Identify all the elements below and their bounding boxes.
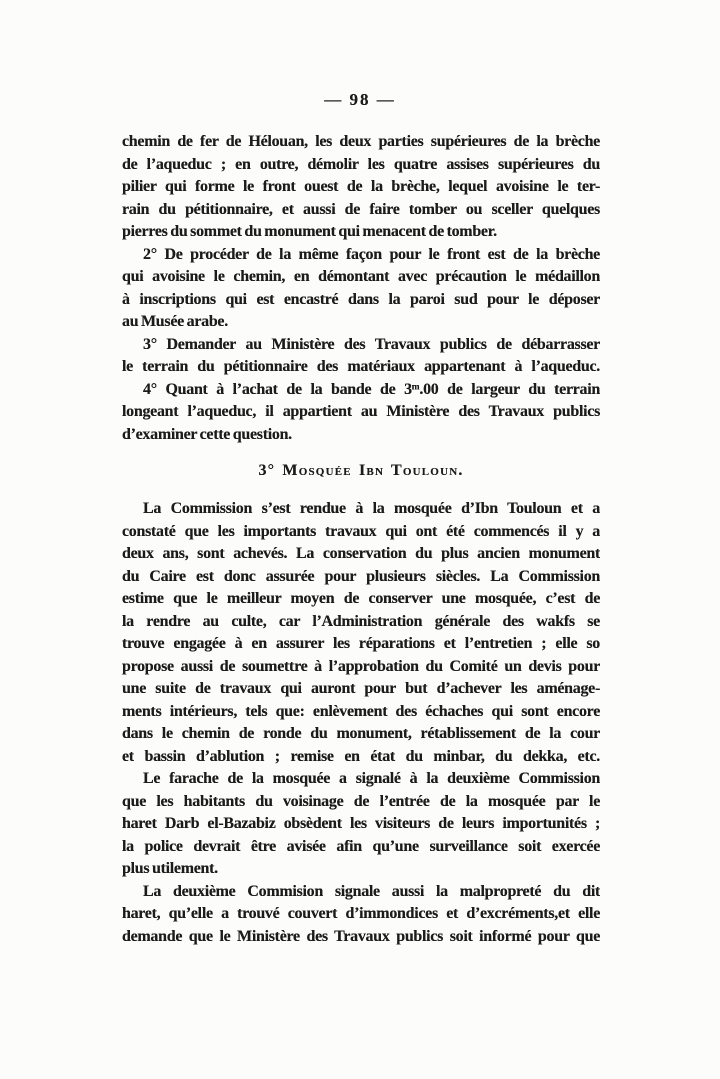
scanned-document-page: — 98 — chemin de fer de Hélouan, les deu…	[0, 0, 720, 1079]
text-line: propose aussi de soumettre à l’approbati…	[122, 656, 600, 679]
text-line: la police devrait être avisée afin qu’un…	[122, 836, 600, 859]
text-line: qui avoisine le chemin, en démontant ave…	[122, 266, 600, 289]
paragraph: 3° Demander au Ministère des Travaux pub…	[122, 334, 600, 379]
text-line: une suite de travaux qui auront pour but…	[122, 678, 600, 701]
paragraph: La Commission s’est rendue à la mosquée …	[122, 498, 600, 768]
text-line: rain du pétitionnaire, et aussi de faire…	[122, 199, 600, 222]
text-line: ments intérieurs, tels que: enlèvement d…	[122, 701, 600, 724]
section-heading: 3° Mosquée Ibn Touloun.	[122, 460, 600, 482]
text-line: à inscriptions qui est encastré dans la …	[122, 289, 600, 312]
text-line: que les habitants du voisinage de l’entr…	[122, 791, 600, 814]
paragraph: Le farache de la mosquée a signalé à la …	[122, 768, 600, 881]
page-body-text: chemin de fer de Hélouan, les deux parti…	[122, 131, 600, 948]
text-line: la rendre au culte, car l’Administration…	[122, 611, 600, 634]
text-line: de l’aqueduc ; en outre, démolir les qua…	[122, 154, 600, 177]
page-number: — 98 —	[0, 90, 720, 110]
text-line: dans le chemin de ronde du monument, rét…	[122, 723, 600, 746]
text-line: haret, qu’elle a trouvé couvert d’immond…	[122, 903, 600, 926]
text-line: estime que le meilleur moyen de conserve…	[122, 588, 600, 611]
text-line: haret Darb el-Bazabiz obsèdent les visit…	[122, 813, 600, 836]
paragraph: La deuxième Commision signale aussi la m…	[122, 881, 600, 949]
text-line: demande que le Ministère des Travaux pub…	[122, 926, 600, 949]
text-line: constaté que les importants travaux qui …	[122, 521, 600, 544]
text-line: 4° Quant à l’achat de la bande de 3ᵐ.00 …	[122, 379, 600, 402]
text-line: au Musée arabe.	[122, 311, 600, 334]
paragraph: chemin de fer de Hélouan, les deux parti…	[122, 131, 600, 244]
text-line: plus utilement.	[122, 858, 600, 881]
text-line: La Commission s’est rendue à la mosquée …	[122, 498, 600, 521]
text-line: le terrain du pétitionnaire des matériau…	[122, 356, 600, 379]
text-line: 3° Demander au Ministère des Travaux pub…	[122, 334, 600, 357]
paragraph: 2° De procéder de la même façon pour le …	[122, 244, 600, 334]
text-line: Le farache de la mosquée a signalé à la …	[122, 768, 600, 791]
text-line: trouve engagée à en assurer les réparati…	[122, 633, 600, 656]
text-line: du Caire est donc assurée pour plusieurs…	[122, 566, 600, 589]
text-line: chemin de fer de Hélouan, les deux parti…	[122, 131, 600, 154]
text-line: et bassin d’ablution ; remise en état du…	[122, 746, 600, 769]
text-line: longeant l’aqueduc, il appartient au Min…	[122, 401, 600, 424]
text-line: pierres du sommet du monument qui menace…	[122, 221, 600, 244]
text-line: 2° De procéder de la même façon pour le …	[122, 244, 600, 267]
text-line: pilier qui forme le front ouest de la br…	[122, 176, 600, 199]
text-line: d’examiner cette question.	[122, 424, 600, 447]
paragraph: 4° Quant à l’achat de la bande de 3ᵐ.00 …	[122, 379, 600, 447]
text-line: deux ans, sont achevés. La conservation …	[122, 543, 600, 566]
text-line: La deuxième Commision signale aussi la m…	[122, 881, 600, 904]
